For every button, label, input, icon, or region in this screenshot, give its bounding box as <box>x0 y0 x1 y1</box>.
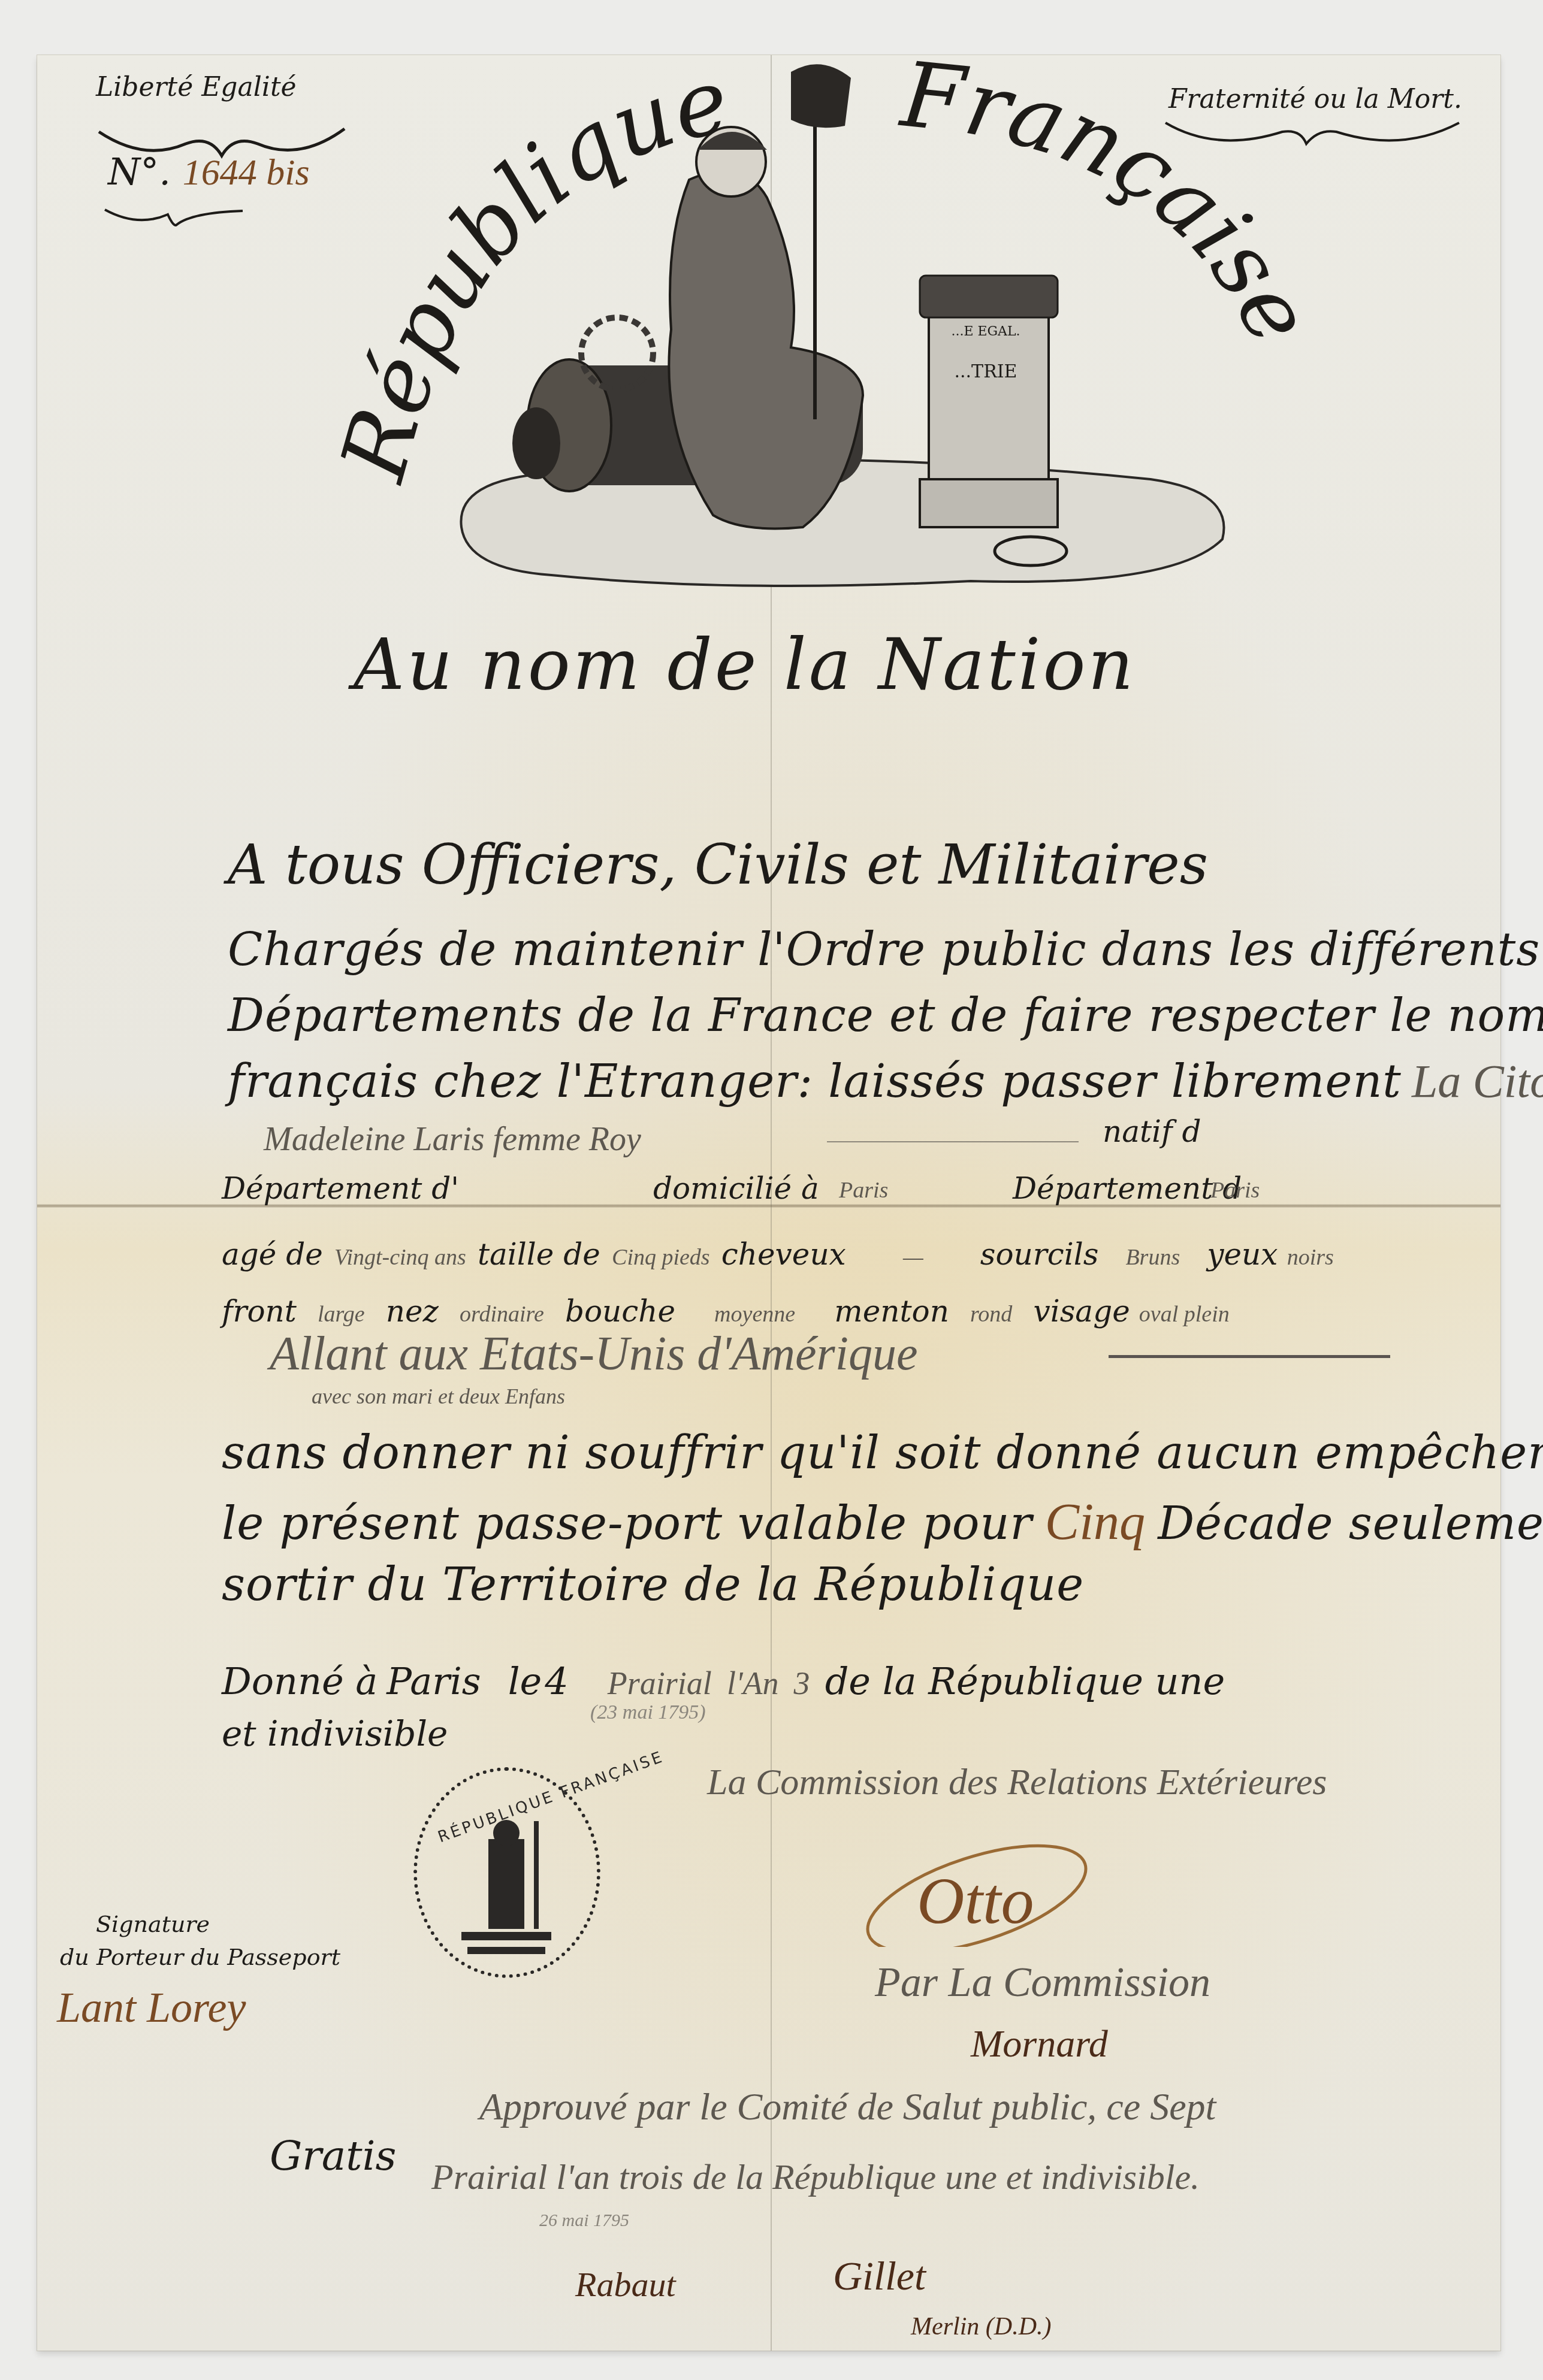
description-line-1: agé de Vingt-cinq ans taille de Cinq pie… <box>222 1237 1334 1272</box>
heading-au-nom-de-la-nation: Au nom de la Nation <box>354 623 1136 706</box>
approval-line-1: Approuvé par le Comité de Salut public, … <box>479 2085 1216 2129</box>
body-line-10: le présent passe-port valable pour Cinq … <box>222 1492 1543 1552</box>
seal-figure-icon <box>455 1815 557 1959</box>
body-line-3: Départements de la France et de faire re… <box>228 988 1543 1042</box>
signature-flourish <box>857 1827 1168 1947</box>
body-line-11: sortir du Territoire de la République <box>222 1558 1084 1611</box>
validity-hand: Cinq <box>1045 1493 1145 1550</box>
body-line-2: Chargés de maintenir l'Ordre public dans… <box>228 923 1540 976</box>
bearer-signature-label-1: Signature <box>96 1911 210 1937</box>
signature-merlin: Merlin (D.D.) <box>911 2312 1051 2341</box>
flourish-left-small <box>102 204 246 234</box>
signature-rabaut: Rabaut <box>575 2264 676 2305</box>
natif-label: natif d <box>1103 1114 1201 1149</box>
companions-hand: avec son mari et deux Enfans <box>312 1384 565 1409</box>
motto-left: Liberté Egalité <box>96 72 297 102</box>
destination-hand: Allant aux Etats-Unis d'Amérique <box>270 1327 917 1381</box>
dept2-label: Département d <box>1013 1171 1242 1206</box>
dept-label: Département d' <box>222 1171 459 1206</box>
bearer-signature: Lant Lorey <box>57 1983 246 2033</box>
svg-text:...TRIE: ...TRIE <box>955 361 1017 382</box>
body-line-9: sans donner ni souffrir qu'il soit donné… <box>222 1426 1543 1479</box>
body-line-1: A tous Officiers, Civils et Militaires <box>228 833 1208 897</box>
domicile-value: Paris <box>839 1177 888 1203</box>
passport-number: N°. 1644 bis <box>108 150 310 194</box>
gregorian-date-note: (23 mai 1795) <box>590 1701 706 1724</box>
description-line-2: front large nez ordinaire bouche moyenne… <box>222 1294 1230 1329</box>
fill-line <box>827 1141 1079 1142</box>
bearer-name-hand: Madeleine Laris femme Roy <box>264 1120 641 1159</box>
citoyenne-hand: La Citoyenne <box>1412 1055 1543 1107</box>
bearer-signature-label-2: du Porteur du Passeport <box>60 1944 340 1970</box>
destination-line <box>1109 1355 1390 1358</box>
approval-gregorian-date: 26 mai 1795 <box>539 2210 629 2231</box>
signature-second: Gillet <box>833 2252 926 2300</box>
body-line-4: français chez l'Etranger: laissés passer… <box>228 1054 1543 1108</box>
dept2-value: Paris <box>1210 1177 1260 1203</box>
svg-text:...E EGAL.: ...E EGAL. <box>951 324 1020 339</box>
marianne-engraving: ...E EGAL. ...TRIE <box>431 60 1246 599</box>
gratis-label: Gratis <box>270 2133 396 2180</box>
date-suffix-2: et indivisible <box>222 1713 448 1754</box>
signature-mornard: Mornard <box>971 2022 1108 2066</box>
domicile-label: domicilié à <box>653 1171 819 1206</box>
date-line: Donné à Paris le 4 Prairial l'An 3 de la… <box>222 1659 1225 1703</box>
approval-line-2: Prairial l'an trois de la République une… <box>431 2157 1200 2198</box>
par-la-commission-hand: Par La Commission <box>875 1959 1210 2007</box>
authority-hand: La Commission des Relations Extérieures <box>707 1761 1327 1804</box>
